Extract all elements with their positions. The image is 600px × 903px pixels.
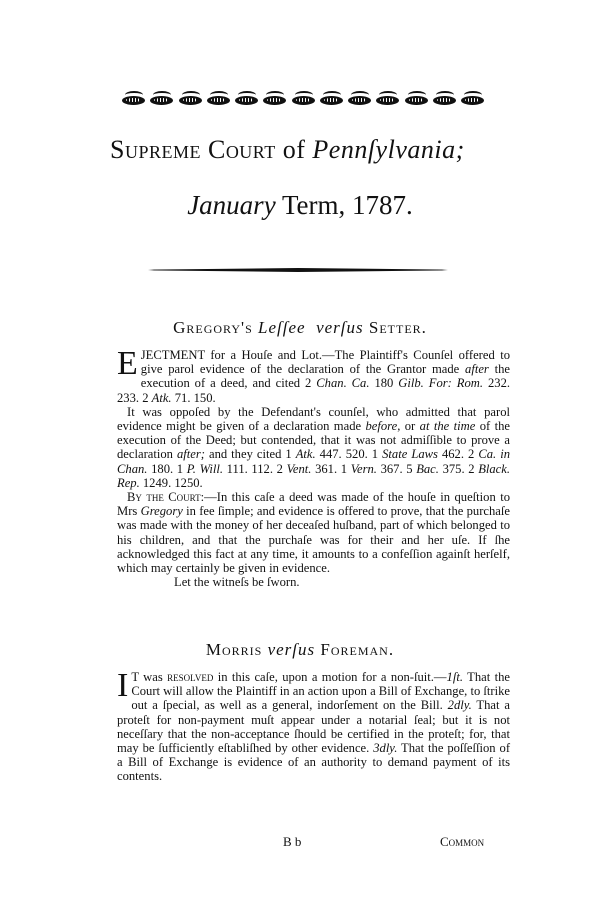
text: 3dly.	[373, 741, 397, 755]
text: 367. 5	[377, 462, 416, 476]
laurel-garland-icon	[177, 91, 204, 105]
laurel-garland-icon	[148, 91, 175, 105]
versus-label: verſus	[316, 318, 364, 337]
case-body-gregory: EJECTMENT for a Houſe and Lot.—The Plain…	[117, 348, 510, 589]
text: 1249. 1250.	[140, 476, 203, 490]
paragraph: EJECTMENT for a Houſe and Lot.—The Plain…	[117, 348, 510, 405]
text: , or	[397, 419, 419, 433]
laurel-garland-icon	[120, 91, 147, 105]
text: and they cited 1	[205, 447, 296, 461]
text: By the Court	[127, 490, 201, 504]
text: T was	[131, 670, 167, 684]
text: 180	[370, 376, 399, 390]
paragraph: It was oppoſed by the Defendant's counſe…	[117, 405, 510, 490]
laurel-garland-icon	[431, 91, 458, 105]
text: 361. 1	[311, 462, 350, 476]
title-state: Pennſylvania;	[312, 135, 464, 164]
text: before	[365, 419, 397, 433]
text: 71. 150.	[172, 391, 216, 405]
text: 2dly.	[448, 698, 472, 712]
text: in this caſe, upon a motion for a non-ſu…	[213, 670, 446, 684]
title-of: of	[283, 135, 306, 164]
signature-mark: B b	[283, 834, 301, 850]
text: after;	[177, 447, 205, 461]
text: after	[465, 362, 489, 376]
citation: Chan. Ca.	[316, 376, 369, 390]
text: 1ſt.	[447, 670, 463, 684]
text: 111. 112. 2	[223, 462, 287, 476]
paragraph: IT was resolved in this caſe, upon a mot…	[117, 670, 510, 784]
text: 180. 1	[147, 462, 186, 476]
text: 375. 2	[439, 462, 478, 476]
laurel-garland-icon	[205, 91, 232, 105]
citation: Bac.	[416, 462, 439, 476]
text: Gregory	[141, 504, 183, 518]
plaintiff-name: Gregory's	[173, 318, 253, 337]
laurel-garland-icon	[346, 91, 373, 105]
laurel-garland-icon	[403, 91, 430, 105]
text: 447. 520. 1	[316, 447, 382, 461]
case-heading-morris: Morris verſus Foreman.	[0, 640, 600, 660]
title-court: Supreme Court	[110, 135, 276, 164]
drop-cap: E	[117, 350, 138, 378]
catchword: Common	[440, 834, 484, 850]
term-title: January Term, 1787.	[0, 190, 600, 221]
laurel-garland-icon	[374, 91, 401, 105]
citation: Atk.	[152, 391, 172, 405]
citation: Vern.	[351, 462, 377, 476]
case-heading-gregory: Gregory's Leſſee verſus Setter.	[0, 318, 600, 338]
page-title: Supreme Court of Pennſylvania;	[110, 135, 530, 165]
paragraph: Let the witneſs be ſworn.	[117, 575, 510, 589]
laurel-garland-ornament	[120, 88, 486, 108]
defendant-name: Foreman.	[320, 640, 394, 659]
term-month: January	[187, 190, 275, 220]
citation: Gilb. For: Rom.	[398, 376, 483, 390]
laurel-garland-icon	[290, 91, 317, 105]
paragraph: By the Court:—In this caſe a deed was ma…	[117, 490, 510, 575]
laurel-garland-icon	[261, 91, 288, 105]
text: JECTMENT for a Houſe and Lot.—The Plaint…	[141, 348, 510, 376]
term-rest: Term, 1787.	[282, 190, 413, 220]
defendant-name: Setter.	[369, 318, 427, 337]
versus-label: verſus	[268, 640, 316, 659]
text: at the time	[420, 419, 476, 433]
citation: State Laws	[382, 447, 438, 461]
text: 462. 2	[438, 447, 478, 461]
citation: P. Will.	[187, 462, 223, 476]
laurel-garland-icon	[318, 91, 345, 105]
citation: Atk.	[296, 447, 316, 461]
lessee-label: Leſſee	[258, 318, 306, 337]
laurel-garland-icon	[459, 91, 486, 105]
drop-cap: I	[117, 672, 128, 700]
laurel-garland-icon	[233, 91, 260, 105]
case-body-morris: IT was resolved in this caſe, upon a mot…	[117, 670, 510, 784]
text: resolved	[167, 670, 213, 684]
decorative-rule	[148, 268, 448, 272]
citation: Vent.	[287, 462, 312, 476]
plaintiff-name: Morris	[206, 640, 262, 659]
